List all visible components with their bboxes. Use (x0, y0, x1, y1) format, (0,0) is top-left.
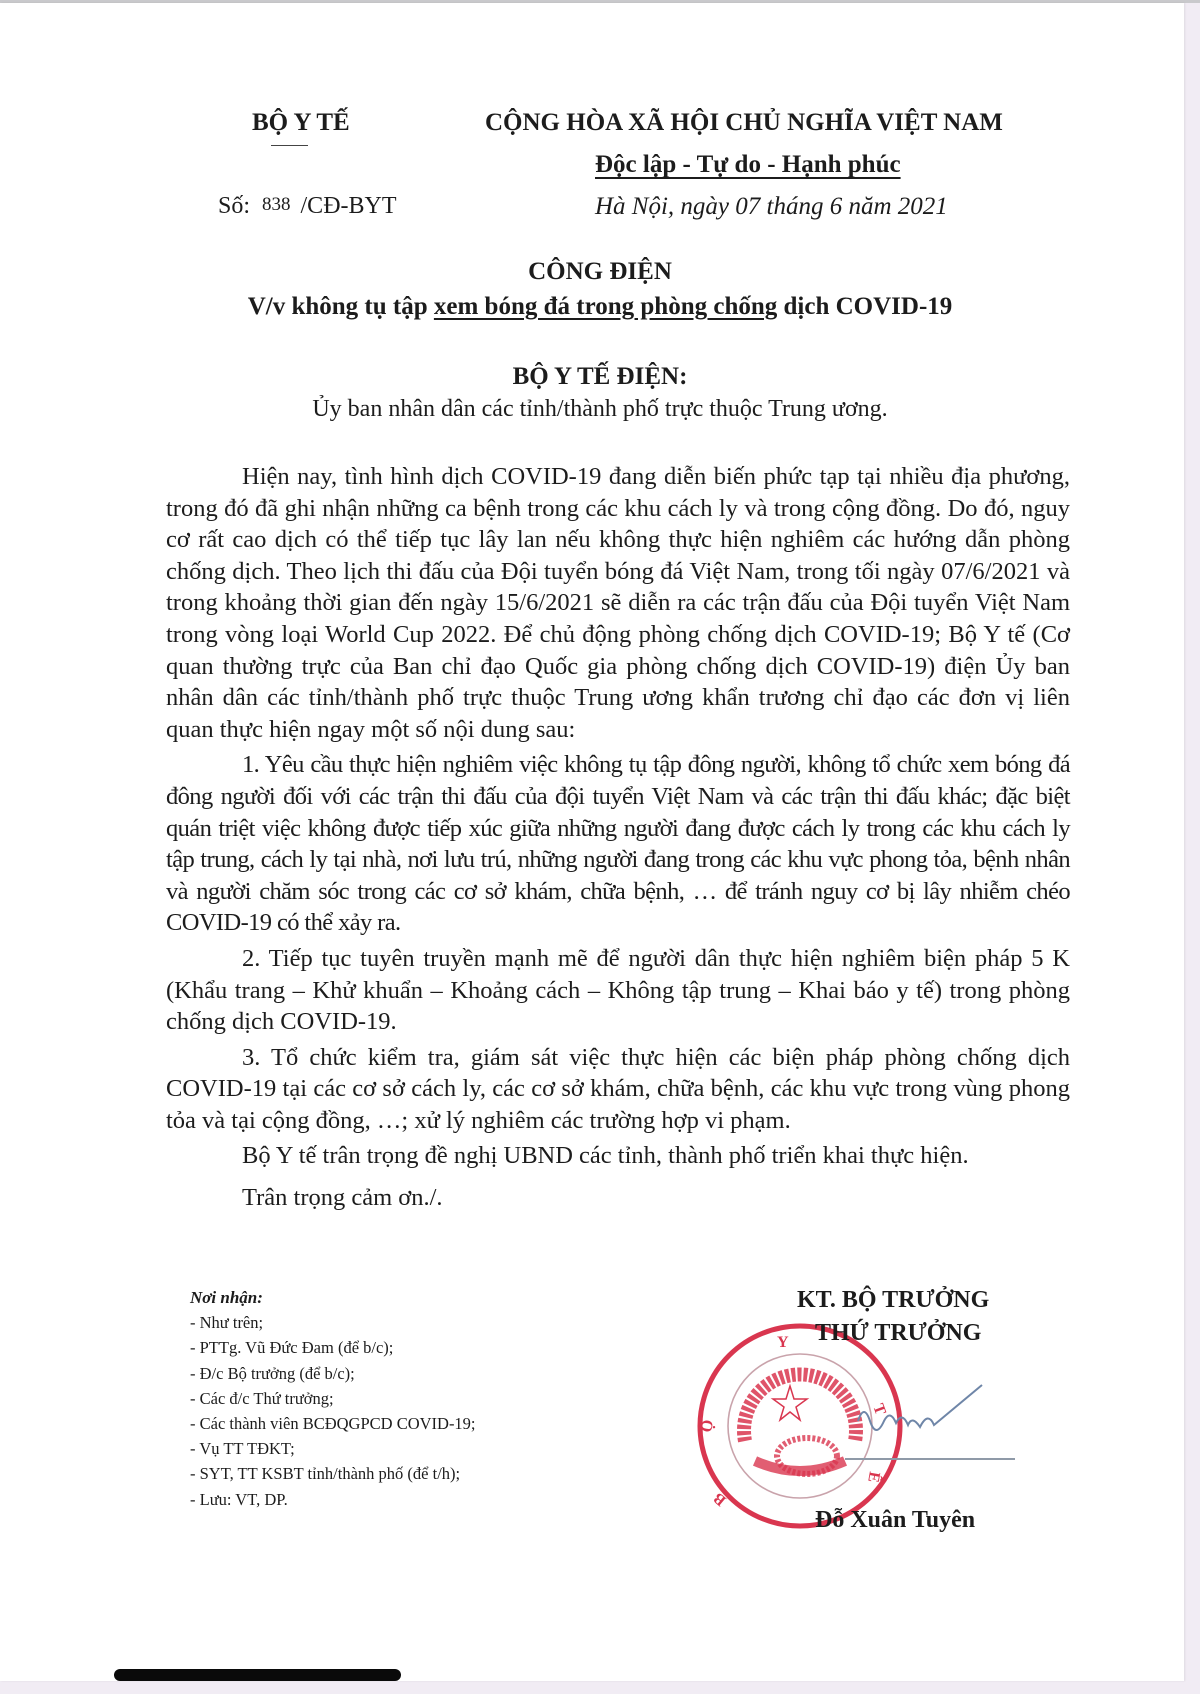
signature-rule (845, 1458, 1015, 1460)
subject-prefix: V/v không tụ tập (248, 293, 434, 320)
svg-text:Ế: Ế (864, 1470, 885, 1484)
national-title: CỘNG HÒA XÃ HỘI CHỦ NGHĨA VIỆT NAM (485, 109, 1003, 137)
recipients-heading: Nơi nhận: (190, 1285, 476, 1310)
document-type-title: CÔNG ĐIỆN (0, 258, 1200, 286)
recipient-item: - SYT, TT KSBT tỉnh/thành phố (để t/h); (190, 1461, 476, 1486)
recipient-item: - Vụ TT TĐKT; (190, 1436, 476, 1461)
document-body: Hiện nay, tình hình dịch COVID-19 đang d… (166, 461, 1070, 1214)
request-paragraph: Bộ Y tế trân trọng đề nghị UBND các tỉnh… (166, 1140, 1070, 1172)
document-number: Số:838/CĐ-BYT (218, 193, 397, 220)
document-subject: V/v không tụ tập xem bóng đá trong phòng… (0, 293, 1200, 321)
svg-text:Ộ: Ộ (697, 1418, 717, 1433)
recipient-item: - Các thành viên BCĐQGPCD COVID-19; (190, 1411, 476, 1436)
organization-underline (271, 145, 308, 146)
recipients-list: - Như trên;- PTTg. Vũ Đức Đam (để b/c);-… (190, 1310, 476, 1512)
doc-number-value: 838 (262, 194, 291, 215)
handwritten-signature-icon (850, 1381, 990, 1451)
signatory-name: Đỗ Xuân Tuyên (815, 1507, 975, 1534)
directive-item-2: 2. Tiếp tục tuyên truyền mạnh mẽ để ngườ… (166, 943, 1070, 1038)
closing-paragraph: Trân trọng cảm ơn./. (166, 1182, 1070, 1214)
stamp-letter: Y (777, 1334, 789, 1351)
intro-paragraph: Hiện nay, tình hình dịch COVID-19 đang d… (166, 461, 1070, 745)
recipient-item: - Như trên; (190, 1310, 476, 1335)
recipient-item: - Đ/c Bộ trưởng (để b/c); (190, 1361, 476, 1386)
national-motto: Độc lập - Tự do - Hạnh phúc (595, 151, 901, 179)
signatory-position: THỨ TRƯỞNG (815, 1320, 981, 1347)
home-indicator-bar[interactable] (114, 1669, 401, 1681)
directive-item-1: 1. Yêu cầu thực hiện nghiêm việc không t… (166, 749, 1070, 939)
recipient-item: - Các đ/c Thứ trưởng; (190, 1386, 476, 1411)
doc-number-prefix: Số: (218, 193, 250, 219)
directive-item-3: 3. Tổ chức kiểm tra, giám sát việc thực … (166, 1042, 1070, 1137)
recipient-item: - PTTg. Vũ Đức Đam (để b/c); (190, 1335, 476, 1360)
issuing-organization: BỘ Y TẾ (252, 109, 350, 137)
recipient-line: Ủy ban nhân dân các tỉnh/thành phố trực … (0, 396, 1200, 423)
recipients-block: Nơi nhận: - Như trên;- PTTg. Vũ Đức Đam … (190, 1285, 476, 1512)
sender-line: BỘ Y TẾ ĐIỆN: (0, 363, 1200, 391)
subject-underlined: xem bóng đá trong phòng chống (434, 293, 777, 320)
document-page: BỘ Y TẾ Số:838/CĐ-BYT CỘNG HÒA XÃ HỘI CH… (0, 3, 1184, 1681)
recipient-item: - Lưu: VT, DP. (190, 1487, 476, 1512)
place-and-date: Hà Nội, ngày 07 tháng 6 năm 2021 (595, 193, 948, 221)
doc-number-suffix: /CĐ-BYT (301, 193, 397, 219)
signatory-on-behalf: KT. BỘ TRƯỞNG (797, 1287, 989, 1314)
subject-suffix: dịch COVID-19 (777, 293, 952, 320)
